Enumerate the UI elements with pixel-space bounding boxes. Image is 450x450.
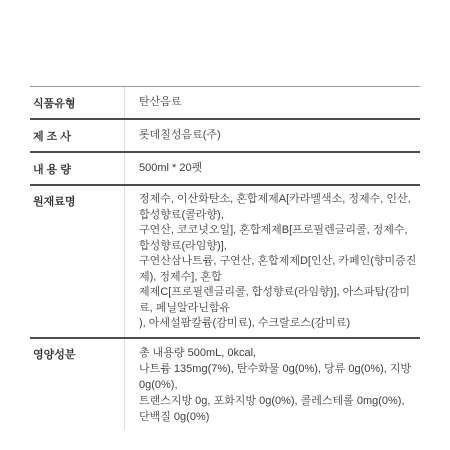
row-value-content-volume: 500ml * 20펫 bbox=[125, 153, 420, 184]
row-value-food-type: 탄산음료 bbox=[125, 87, 420, 118]
row-label-ingredients: 원재료명 bbox=[30, 186, 125, 337]
row-value-manufacturer: 롯데칠성음료(주) bbox=[125, 120, 420, 151]
row-value-ingredients: 정제수, 이산화탄소, 혼합제제A[카라멜색소, 정제수, 인산, 합성향료(콜… bbox=[125, 186, 420, 337]
row-label-content-volume: 내 용 량 bbox=[30, 153, 125, 184]
table-row-manufacturer: 제 조 사 롯데칠성음료(주) bbox=[30, 120, 420, 153]
product-info-page: 식품유형 탄산음료 제 조 사 롯데칠성음료(주) 내 용 량 500ml * … bbox=[0, 0, 450, 450]
table-row-nutrition: 영양성분 총 내용량 500mL, 0kcal, 나트륨 135mg(7%), … bbox=[30, 339, 420, 430]
row-label-manufacturer: 제 조 사 bbox=[30, 120, 125, 151]
table-row-content-volume: 내 용 량 500ml * 20펫 bbox=[30, 153, 420, 186]
product-info-table: 식품유형 탄산음료 제 조 사 롯데칠성음료(주) 내 용 량 500ml * … bbox=[30, 86, 420, 430]
row-label-nutrition: 영양성분 bbox=[30, 339, 125, 430]
row-label-food-type: 식품유형 bbox=[30, 87, 125, 118]
table-row-ingredients: 원재료명 정제수, 이산화탄소, 혼합제제A[카라멜색소, 정제수, 인산, 합… bbox=[30, 186, 420, 339]
row-value-nutrition: 총 내용량 500mL, 0kcal, 나트륨 135mg(7%), 탄수화물 … bbox=[125, 339, 420, 430]
table-row-food-type: 식품유형 탄산음료 bbox=[30, 87, 420, 120]
